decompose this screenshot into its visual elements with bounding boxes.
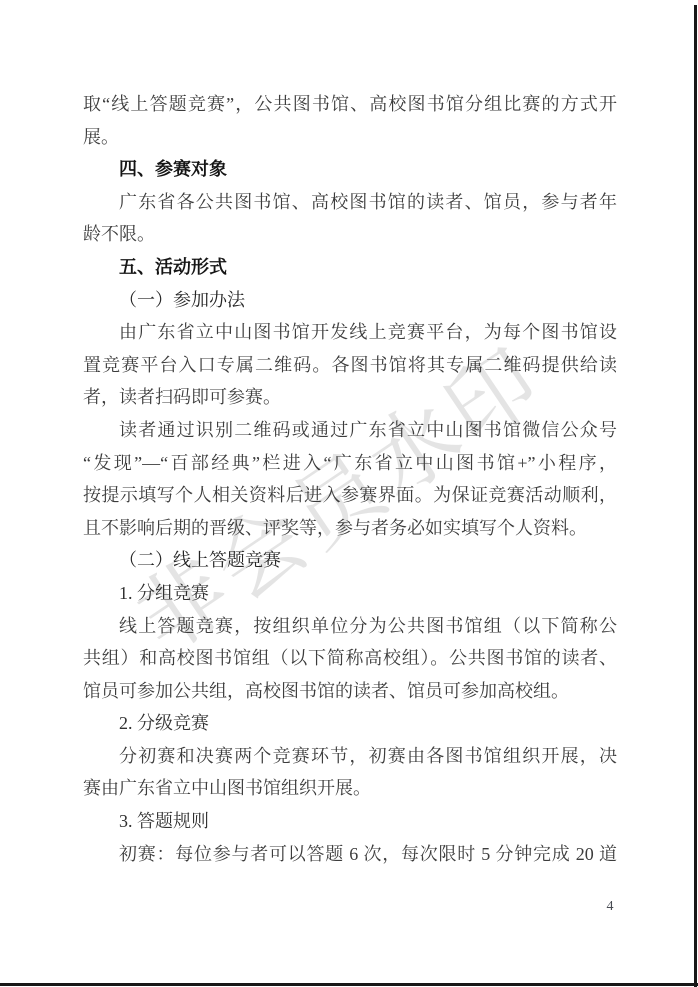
text-line: 1. 分组竞赛 (83, 577, 617, 610)
text-line: （一）参加办法 (83, 284, 617, 317)
page-number: 4 (598, 899, 622, 915)
text-line: 龄不限。 (83, 218, 617, 251)
text-line: 广东省各公共图书馆、高校图书馆的读者、馆员，参与者年 (83, 186, 617, 219)
text-line: 读者通过识别二维码或通过广东省立中山图书馆微信公众号 (83, 414, 617, 447)
text-line: （二）线上答题竞赛 (83, 544, 617, 577)
text-line: 3. 答题规则 (83, 805, 617, 838)
text-line: 按提示填写个人相关资料后进入参赛界面。为保证竞赛活动顺利， (83, 479, 617, 512)
text-line: 共组）和高校图书馆组（以下简称高校组）。公共图书馆的读者、 (83, 642, 617, 675)
scan-edge-bottom (0, 983, 698, 986)
scan-edge-right (694, 5, 697, 987)
text-line: 线上答题竞赛，按组织单位分为公共图书馆组（以下简称公 (83, 610, 617, 643)
text-line: 展。 (83, 121, 617, 154)
text-line: 者，读者扫码即可参赛。 (83, 381, 617, 414)
text-line: 赛由广东省立中山图书馆组织开展。 (83, 772, 617, 805)
document-body: 取“线上答题竞赛”，公共图书馆、高校图书馆分组比赛的方式开展。四、参赛对象广东省… (83, 88, 617, 870)
document-page: 非会员水印 取“线上答题竞赛”，公共图书馆、高校图书馆分组比赛的方式开展。四、参… (0, 0, 698, 987)
text-line: 分初赛和决赛两个竞赛环节，初赛由各图书馆组织开展，决 (83, 740, 617, 773)
text-line: 五、活动形式 (83, 251, 617, 284)
text-line: 初赛：每位参与者可以答题 6 次，每次限时 5 分钟完成 20 道 (83, 838, 617, 871)
text-line: 置竞赛平台入口专属二维码。各图书馆将其专属二维码提供给读 (83, 349, 617, 382)
text-line: 2. 分级竞赛 (83, 707, 617, 740)
text-line: 馆员可参加公共组，高校图书馆的读者、馆员可参加高校组。 (83, 675, 617, 708)
text-line: “发现”—“百部经典”栏进入“广东省立中山图书馆+”小程序， (83, 447, 617, 480)
text-line: 取“线上答题竞赛”，公共图书馆、高校图书馆分组比赛的方式开 (83, 88, 617, 121)
text-line: 且不影响后期的晋级、评奖等，参与者务必如实填写个人资料。 (83, 512, 617, 545)
text-line: 四、参赛对象 (83, 153, 617, 186)
text-line: 由广东省立中山图书馆开发线上竞赛平台，为每个图书馆设 (83, 316, 617, 349)
